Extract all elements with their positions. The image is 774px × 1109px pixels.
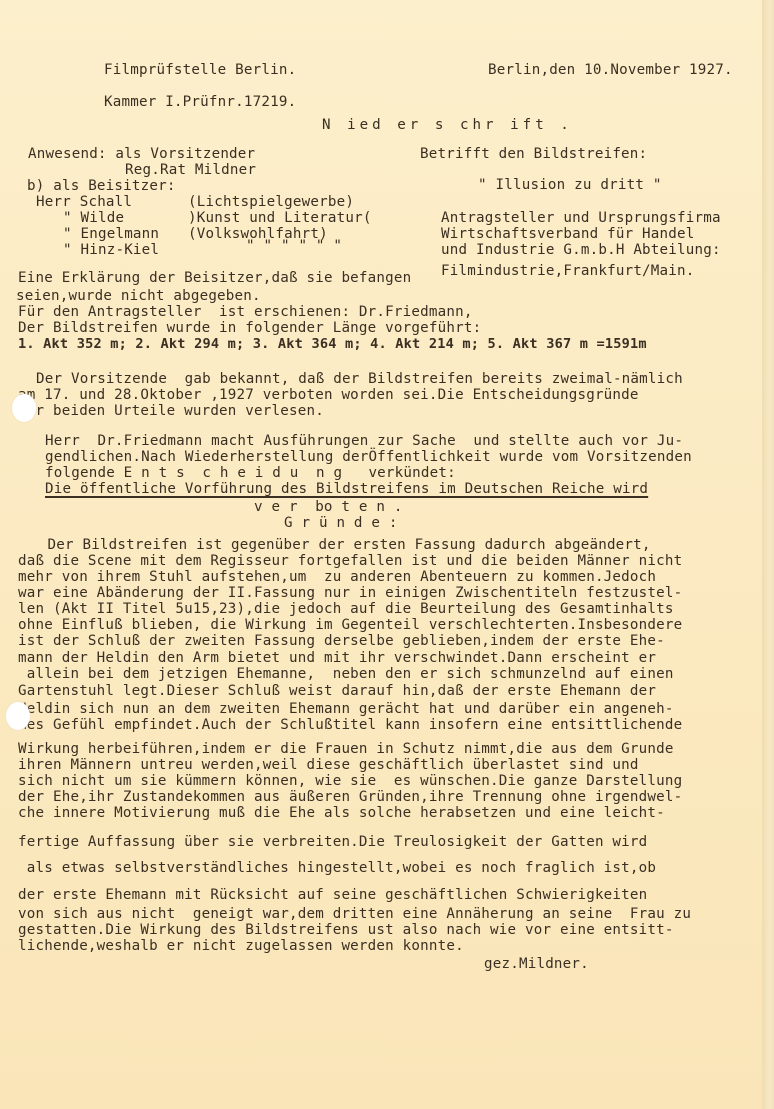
chamber-number: Kammer I.Prüfnr.17219. [104, 94, 296, 110]
reasons-line: Der Bildstreifen ist gegenüber der erste… [30, 537, 651, 553]
reasons-line: gestatten.Die Wirkung des Bildstreifens … [18, 922, 674, 938]
hearing-line: Herr Dr.Friedmann macht Ausführungen zur… [45, 433, 683, 449]
announcement-line: der beiden Urteile wurden verlesen. [18, 403, 324, 419]
assessors-label: b) als Beisitzer: [27, 178, 176, 194]
document-title: N ied er s chr ift . [322, 117, 573, 133]
reasons-line: als etwas selbstverständliches hingestel… [18, 860, 656, 876]
reasons-heading: G r ü n d e : [284, 515, 398, 531]
decision-text: Die öffentliche Vorführung des Bildstrei… [45, 481, 648, 497]
reasons-line: der Ehe,ihr Zustandekommen aus äußeren G… [18, 789, 682, 805]
verdict: v e r bo t e n . [254, 499, 403, 515]
reasons-line: lichende,weshalb er nicht zugelassen wer… [18, 938, 464, 954]
proceedings-line: Für den Antragsteller ist erschienen: Dr… [18, 304, 473, 320]
hearing-line: folgende E n t s c h e i d u n g verkünd… [45, 465, 456, 481]
assessor-name: " Wilde [63, 210, 124, 226]
applicant-line: und Industrie G.m.b.H Abteilung: [441, 242, 721, 258]
authority-header: Filmprüfstelle Berlin. [104, 62, 296, 78]
announcement-line: Der Vorsitzende gab bekannt, daß der Bil… [36, 371, 683, 387]
assessor-field: " " " " " " [246, 238, 342, 254]
reasons-line: che innere Motivierung muß die Ehe als s… [18, 805, 665, 821]
reasons-line: der erste Ehemann mit Rücksicht auf sein… [18, 887, 647, 903]
reasons-line: len (Akt II Titel 5u15,23),die jedoch au… [18, 601, 674, 617]
reasons-line: Wirkung herbeiführen,indem er die Frauen… [18, 741, 674, 757]
assessor-name: " Engelmann [63, 226, 159, 242]
applicant-line: Wirtschaftsverband für Handel [441, 226, 695, 242]
punch-hole [6, 702, 30, 730]
place-date: Berlin,den 10.November 1927. [488, 62, 733, 78]
reasons-line: Gartenstuhl legt.Dieser Schluß weist dar… [18, 683, 656, 699]
proceedings-line: Der Bildstreifen wurde in folgender Läng… [18, 320, 481, 336]
proceedings-line: seien,wurde nicht abgegeben. [16, 288, 261, 304]
signature: gez.Mildner. [484, 956, 589, 972]
applicant-line: Antragsteller und Ursprungsfirma [441, 210, 721, 226]
reasons-line: ohne Einfluß blieben, die Wirkung im Geg… [18, 617, 682, 633]
reasons-line: mann der Heldin den Arm bietet und mit i… [18, 650, 656, 666]
reasons-line: allein bei dem jetzigen Ehemanne, neben … [18, 666, 674, 682]
reasons-line: fertige Auffassung über sie verbreiten.D… [18, 834, 647, 850]
reasons-line: von sich aus nicht geneigt war,dem dritt… [18, 906, 691, 922]
chair-name: Reg.Rat Mildner [125, 162, 256, 178]
applicant-line: Filmindustrie,Frankfurt/Main. [441, 263, 695, 279]
reasons-line: sich nicht um sie kümmern können, wie si… [18, 773, 682, 789]
assessor-name: Herr Schall [36, 194, 132, 210]
film-title: " Illusion zu dritt " [478, 177, 662, 193]
reasons-line: ihren Männern untreu werden,weil diese g… [18, 757, 639, 773]
present-label: Anwesend: als Vorsitzender [28, 146, 255, 162]
punch-hole [12, 394, 36, 422]
reasons-line: war eine Abänderung der II.Fassung nur i… [18, 585, 682, 601]
assessor-field: )Kunst und Literatur( [188, 210, 372, 226]
announcement-line: am 17. und 28.Oktober ,1927 verboten wor… [18, 387, 639, 403]
reasons-line: ist der Schluß der zweiten Fassung derse… [18, 633, 665, 649]
subject-label: Betrifft den Bildstreifen: [420, 146, 647, 162]
page-edge [762, 0, 774, 1109]
hearing-line: gendlichen.Nach Wiederherstellung derÖff… [45, 449, 692, 465]
reel-lengths: 1. Akt 352 m; 2. Akt 294 m; 3. Akt 364 m… [18, 336, 647, 352]
assessor-name: " Hinz-Kiel [63, 242, 159, 258]
reasons-line: mehr von ihrem Stuhl aufstehen,um zu and… [18, 569, 656, 585]
assessor-field: (Lichtspielgewerbe) [188, 194, 354, 210]
reasons-line: mes Gefühl empfindet.Auch der Schlußtite… [18, 717, 682, 733]
proceedings-line: Eine Erklärung der Beisitzer,daß sie bef… [18, 270, 411, 286]
reasons-line: Heldin sich nun an dem zweiten Ehemann g… [18, 701, 674, 717]
reasons-line: daß die Scene mit dem Regisseur fortgefa… [18, 553, 682, 569]
